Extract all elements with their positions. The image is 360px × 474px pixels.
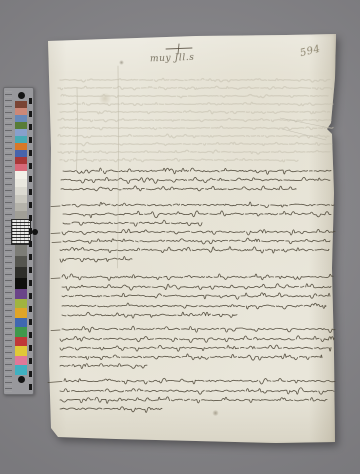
gray-ramp-step (15, 195, 27, 203)
color-patch (15, 122, 27, 129)
manuscript-page-wrap: muy Jll.s 594 (46, 33, 338, 446)
manuscript-page: muy Jll.s 594 (46, 33, 338, 446)
gray-ramp-step (15, 171, 27, 179)
gray-ramp-step (15, 245, 27, 256)
gray-ramp-step (15, 267, 27, 278)
color-patch (15, 164, 27, 171)
gray-ramp-step (15, 187, 27, 195)
color-patch (15, 289, 27, 299)
color-patch (15, 365, 27, 375)
gray-ramp-step (15, 256, 27, 267)
color-calibration-scale (3, 87, 34, 395)
color-patch (15, 150, 27, 157)
registration-dot-bottom (18, 376, 25, 383)
color-patch (15, 143, 27, 150)
color-patch (15, 157, 27, 164)
color-patch (15, 308, 27, 318)
paper-fleck (119, 60, 124, 65)
color-patch (15, 101, 27, 108)
color-patch (15, 108, 27, 115)
heading-invocation: muy Jll.s (150, 52, 230, 65)
foxing-spot (98, 93, 112, 104)
color-patch (15, 318, 27, 328)
barcode-label (11, 219, 31, 245)
photo-background: muy Jll.s 594 (0, 0, 360, 474)
color-patch (15, 299, 27, 309)
color-patch (15, 346, 27, 356)
gray-ramp-step (15, 203, 27, 211)
color-patch (15, 136, 27, 143)
gray-ramp-step (15, 278, 27, 289)
color-patch (15, 337, 27, 347)
ruler-dash-marks (29, 92, 32, 390)
color-patch (15, 115, 27, 122)
folio-number: 594 (299, 44, 322, 60)
registration-dot-top (18, 92, 25, 99)
gray-ramp-step (15, 211, 27, 219)
color-patch (15, 356, 27, 366)
registration-dot-mid (32, 229, 38, 235)
color-patch (15, 129, 27, 136)
gray-ramp-step (15, 179, 27, 187)
color-patch-column (15, 91, 27, 385)
color-patch (15, 327, 27, 337)
ink-stain (212, 410, 219, 416)
